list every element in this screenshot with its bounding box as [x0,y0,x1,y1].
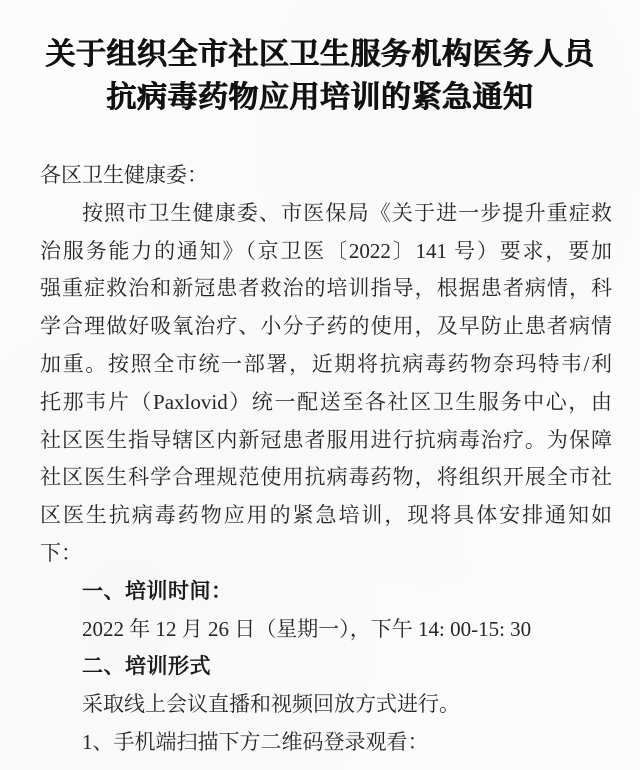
text-line: 强重症救治和新冠患者救治的培训指导，根据患者病情，科 [40,270,612,308]
text-line: 采取线上会议直播和视频回放方式进行。 [40,686,612,724]
section-heading: 二、培训形式 [40,648,612,686]
text-line: 社区医生指导辖区内新冠患者服用进行抗病毒治疗。为保障 [40,422,612,460]
section-heading: 一、培训时间： [40,573,612,611]
text-line: 按照市卫生健康委、市医保局《关于进一步提升重症救 [40,195,612,233]
notice-title: 关于组织全市社区卫生服务机构医务人员 抗病毒药物应用培训的紧急通知 [30,33,610,119]
text-line: 下： [40,535,612,573]
notice-title-line-1: 关于组织全市社区卫生服务机构医务人员 [30,33,610,76]
text-line: 加重。按照全市统一部署，近期将抗病毒药物奈玛特韦/利 [40,346,612,384]
text-line: 托那韦片（Paxlovid）统一配送至各社区卫生服务中心，由 [40,384,612,422]
notice-title-line-2: 抗病毒药物应用培训的紧急通知 [30,76,610,119]
text-line: 2022 年 12 月 26 日（星期一），下午 14: 00-15: 30 [40,611,612,649]
text-line: 1、手机端扫描下方二维码登录观看： [40,724,612,762]
text-line: 学合理做好吸氧治疗、小分子药的使用，及早防止患者病情 [40,308,612,346]
text-line: 各区卫生健康委： [40,157,612,195]
notice-body: 各区卫生健康委：按照市卫生健康委、市医保局《关于进一步提升重症救治服务能力的通知… [40,157,612,762]
text-line: 区医生抗病毒药物应用的紧急培训，现将具体安排通知如 [40,497,612,535]
text-line: 治服务能力的通知》（京卫医〔2022〕141 号）要求，要加 [40,233,612,271]
text-line: 社区医生科学合理规范使用抗病毒药物，将组织开展全市社 [40,459,612,497]
notice-document-page: 关于组织全市社区卫生服务机构医务人员 抗病毒药物应用培训的紧急通知 各区卫生健康… [0,0,640,770]
